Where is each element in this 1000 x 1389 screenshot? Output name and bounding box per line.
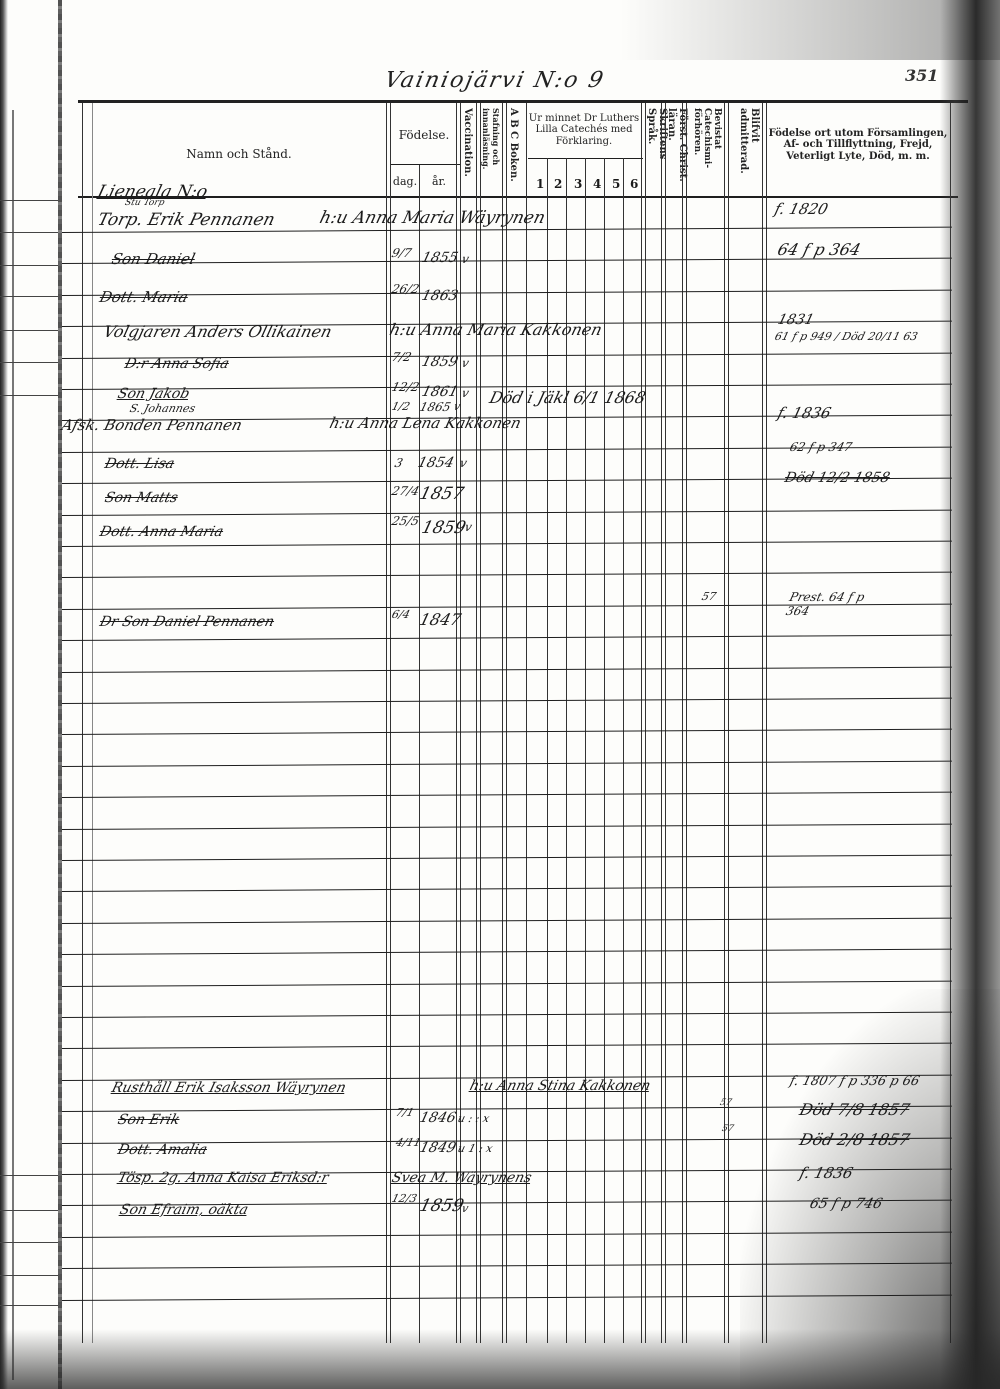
entry-day: 3 [393, 456, 404, 470]
col-rule-christ [661, 103, 666, 1343]
entry-communion: 57 [721, 1124, 735, 1134]
entry-prefix: Stu Torp [124, 198, 166, 208]
book-fold-line [58, 0, 62, 1389]
entry-marks: u 1 : x [456, 1142, 494, 1155]
previous-page-row-line [0, 330, 58, 331]
entry-communion: 57 [700, 590, 717, 603]
previous-page-row-line [0, 1275, 58, 1276]
entry-remarks: 62 f p 347 [788, 440, 853, 454]
col-rule-cat-5 [604, 158, 605, 1343]
entry-year: 1847 [418, 610, 463, 629]
entry-marks: v [460, 386, 470, 400]
entry-name: Son Erik [116, 1112, 181, 1128]
table-top-rule [78, 100, 968, 103]
entry-day: 6/4 [390, 608, 411, 621]
entry-day: 7/2 [390, 350, 413, 364]
entry-year: 1859 [418, 1196, 466, 1216]
entry-marks: v [460, 252, 470, 266]
entry-name: Afsk. Bonden Pennanen [60, 416, 244, 434]
header-remarks: Födelse ort utom Församlingen, Af- och T… [768, 110, 948, 180]
previous-page-row-line [0, 232, 58, 233]
entry-remarks: 61 f p 949 / Död 20/11 63 [773, 330, 919, 343]
previous-page-row-line [0, 296, 58, 297]
previous-page-row-line [0, 362, 58, 363]
entry-spouse: h:u Anna Stina Kakkonen [468, 1078, 652, 1094]
header-catechism: Ur minnet Dr Luthers Lilla Catechés med … [528, 104, 640, 156]
entry-day: 12/3 [390, 1192, 418, 1205]
header-catechism-hearings: Bevistat Catechismi-förhören. [686, 108, 722, 194]
col-rule-name-left [92, 103, 93, 1343]
col-rule-birth [386, 103, 391, 1343]
header-birth-day: dag. [390, 170, 420, 194]
entry-year: 1857 [418, 484, 466, 504]
header-communion: Blifvit admitterad. [738, 108, 760, 194]
header-catechism-part-4: 4 [593, 177, 601, 191]
entry-year: 1863 [420, 288, 460, 304]
register-title: Vainiojärvi N:o 9 [382, 68, 607, 93]
previous-page-edge [12, 110, 14, 1380]
entry-remarks: 1831 [776, 312, 816, 328]
entry-name: Dott. Lisa [103, 456, 176, 472]
entry-name: Son Matts [103, 490, 180, 506]
col-rule-bible [641, 103, 646, 1343]
entry-day: 4/11 [394, 1136, 422, 1149]
page-gutter-left [0, 0, 8, 1389]
entry-year: 1861 [420, 384, 460, 400]
entry-day: 25/5 [390, 514, 420, 528]
header-catechism-part-5: 5 [612, 177, 620, 191]
previous-page-row-line [0, 200, 58, 201]
entry-year: 1854 [416, 455, 456, 471]
col-rule-hearings [682, 103, 687, 1343]
entry-name: Son Jakob [116, 386, 191, 402]
previous-page-row-line [0, 1305, 58, 1306]
header-bottom-rule [78, 196, 958, 198]
entry-spouse: h:u Anna Lena Kakkonen [328, 414, 523, 432]
entry-marks: v [460, 356, 470, 370]
header-birth-year: år. [420, 170, 458, 194]
entry-head-remarks: f. 1820 [773, 200, 830, 218]
header-abc: A B C Boken. [508, 108, 519, 194]
previous-page-row-line [0, 1242, 58, 1243]
entry-marks: u : : x [456, 1112, 490, 1125]
entry-name: S. Johannes [128, 402, 196, 415]
header-catechism-part-3: 3 [574, 177, 582, 191]
entry-year: 1859 [420, 518, 468, 538]
col-rule-abc [502, 103, 507, 1343]
entry-day: 7/1 [394, 1106, 415, 1119]
header-catechism-part-2: 2 [554, 177, 562, 191]
birth-subheader-rule [390, 164, 460, 165]
entry-day: 26/2 [390, 282, 420, 296]
entry-spouse: h:u Anna Maria Kakkonen [388, 320, 605, 339]
entry-name: Rusthåll Erik Isaksson Wäyrynen [110, 1080, 348, 1096]
entry-day: 27/4 [390, 484, 420, 498]
previous-page-row-line [0, 1210, 58, 1211]
entry-name: Dr Son Daniel Pennanen [98, 614, 276, 630]
entry-year: 1849 [418, 1140, 458, 1156]
bottom-edge-shadow [0, 1329, 1000, 1389]
col-rule-catechism [526, 103, 527, 1343]
col-rule-cat-6 [623, 158, 624, 1343]
entry-name: Son Efraim, oäkta [118, 1202, 250, 1218]
entry-name: Volgjaren Anders Ollikainen [102, 322, 334, 341]
previous-page-row-line [0, 395, 58, 396]
entry-name: Dott. Maria [98, 288, 190, 306]
entry-day: 12/2 [390, 380, 420, 394]
col-rule-communion [724, 103, 729, 1343]
entry-death-note: Död i Jäkl 6/1 1868 [488, 388, 648, 407]
header-reading: Stafning och innanläsning. [481, 108, 501, 194]
entry-head-spouse: h:u Anna Maria Wäyrynen [318, 208, 548, 228]
entry-remarks: Död 12/2 1858 [783, 470, 892, 486]
col-rule-reading [476, 103, 481, 1343]
entry-name: Dott. Anna Maria [98, 524, 225, 540]
entry-remarks: f. 1836 [776, 404, 833, 422]
page-number: 351 [905, 66, 938, 85]
previous-page-row-line [0, 265, 58, 266]
entry-day: 1/2 [390, 400, 411, 413]
entry-name: Tösp. 2g. Anna Kaisa Eriksd:r [116, 1170, 330, 1186]
entry-year: 1865 [418, 400, 452, 414]
header-catechism-part-6: 6 [630, 177, 638, 191]
header-birth: Födelse. [390, 110, 458, 162]
col-rule-birth-day [419, 165, 420, 1343]
entry-spouse: Svea M. Wäyrynens [390, 1170, 533, 1186]
previous-page-row-line [0, 1175, 58, 1176]
header-vaccination: Vaccination. [462, 108, 473, 194]
header-catechism-part-1: 1 [536, 177, 544, 191]
entry-remarks: 64 f p 364 [776, 240, 863, 259]
entry-year: 1846 [418, 1110, 458, 1126]
entry-name: Dott. Amalia [116, 1142, 209, 1158]
entry-head-name: Torp. Erik Pennanen [96, 210, 277, 230]
entry-name: Son Daniel [110, 250, 197, 268]
entry-name: D:r Anna Sofia [123, 356, 231, 372]
entry-remarks: Prest. 64 f p 364 [785, 590, 892, 618]
entry-year: 1855 [420, 250, 460, 266]
col-rule-left-margin [82, 103, 83, 1343]
entry-year: 1859 [420, 354, 460, 370]
entry-day: 9/7 [390, 246, 413, 260]
